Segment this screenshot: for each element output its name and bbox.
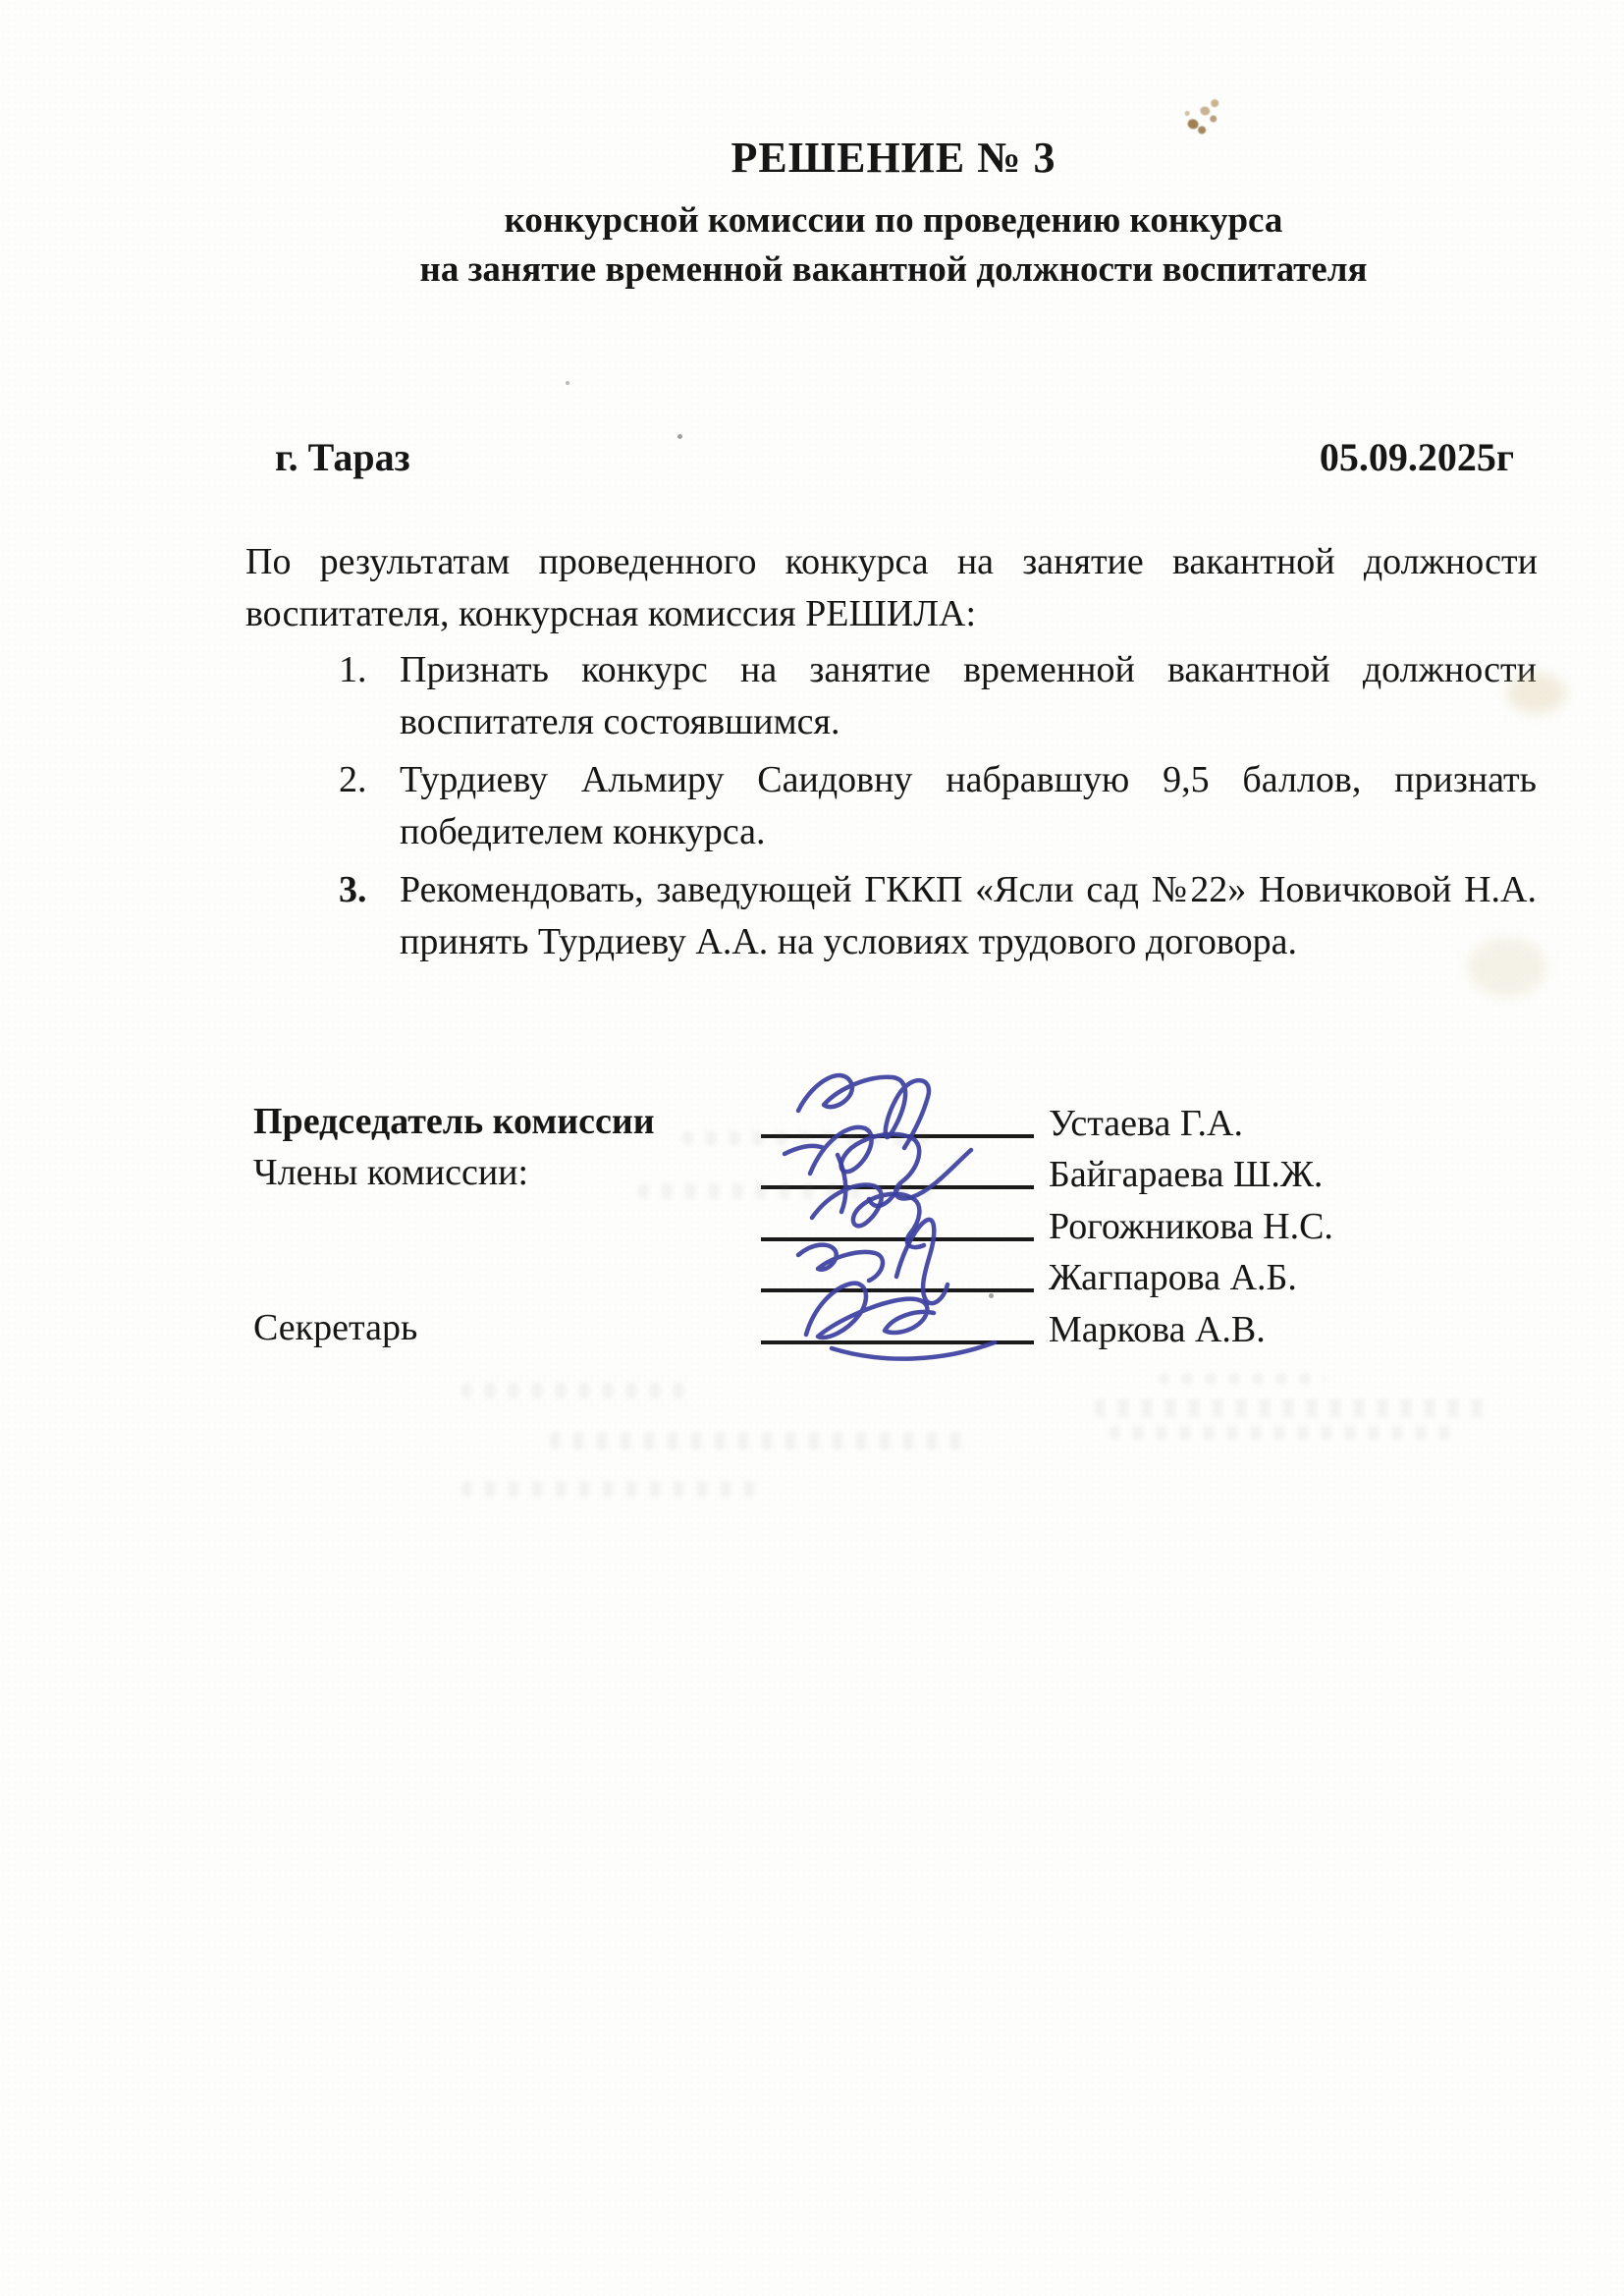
signature-block: Председатель комиссии Устаева Г.А. Члены… bbox=[253, 1094, 1549, 1352]
list-item: 3. Рекомендовать, заведующей ГККП «Ясли … bbox=[339, 864, 1537, 968]
signature-role: Председатель комиссии bbox=[253, 1100, 655, 1143]
handwritten-signature bbox=[775, 1244, 1050, 1372]
list-item: 1. Признать конкурс на занятие временной… bbox=[339, 644, 1537, 748]
decision-list: 1. Признать конкурс на занятие временной… bbox=[339, 644, 1537, 974]
signature-name: Устаева Г.А. bbox=[1049, 1102, 1243, 1145]
list-item-text: Признать конкурс на занятие временной ва… bbox=[400, 644, 1537, 748]
place-date-row: г. Тараз 05.09.2025г bbox=[275, 434, 1514, 480]
list-item-text: Турдиеву Альмиру Саидовну набравшую 9,5 … bbox=[400, 754, 1537, 858]
signature-role: Члены комиссии: bbox=[253, 1151, 528, 1194]
signature-name: Байгараева Ш.Ж. bbox=[1049, 1153, 1323, 1196]
scan-artifact bbox=[461, 1481, 766, 1497]
scan-artifact bbox=[461, 1383, 697, 1398]
scanned-document-page: РЕШЕНИЕ № 3 конкурсной комиссии по прове… bbox=[0, 0, 1624, 2296]
document-title: РЕШЕНИЕ № 3 bbox=[250, 134, 1537, 183]
scan-artifact bbox=[1159, 1373, 1326, 1385]
document-header: РЕШЕНИЕ № 3 конкурсной комиссии по прове… bbox=[250, 134, 1537, 295]
signature-row: Секретарь Маркова А.В. bbox=[253, 1300, 1549, 1352]
document-place: г. Тараз bbox=[275, 434, 410, 480]
signature-name: Жагпарова А.Б. bbox=[1049, 1256, 1297, 1299]
scan-artifact bbox=[1110, 1426, 1463, 1440]
document-subtitle-line-1: конкурсной комиссии по проведению конкур… bbox=[250, 196, 1537, 246]
signature-name: Маркова А.В. bbox=[1049, 1308, 1266, 1351]
document-subtitle-line-2: на занятие временной вакантной должности… bbox=[250, 246, 1537, 295]
list-item: 2. Турдиеву Альмиру Саидовну набравшую 9… bbox=[339, 754, 1537, 858]
list-item-number: 2. bbox=[339, 754, 400, 858]
list-item-number: 1. bbox=[339, 644, 400, 748]
scan-artifact bbox=[566, 381, 569, 385]
signature-role: Секретарь bbox=[253, 1306, 417, 1349]
signature-name: Рогожникова Н.С. bbox=[1049, 1205, 1333, 1248]
intro-paragraph: По результатам проведенного конкурса на … bbox=[245, 536, 1538, 640]
scan-artifact bbox=[550, 1432, 972, 1449]
document-date: 05.09.2025г bbox=[1320, 434, 1514, 480]
list-item-number: 3. bbox=[339, 864, 400, 968]
signature-line bbox=[761, 1340, 1034, 1344]
list-item-text: Рекомендовать, заведующей ГККП «Ясли сад… bbox=[400, 864, 1537, 968]
scan-artifact bbox=[1095, 1399, 1488, 1417]
